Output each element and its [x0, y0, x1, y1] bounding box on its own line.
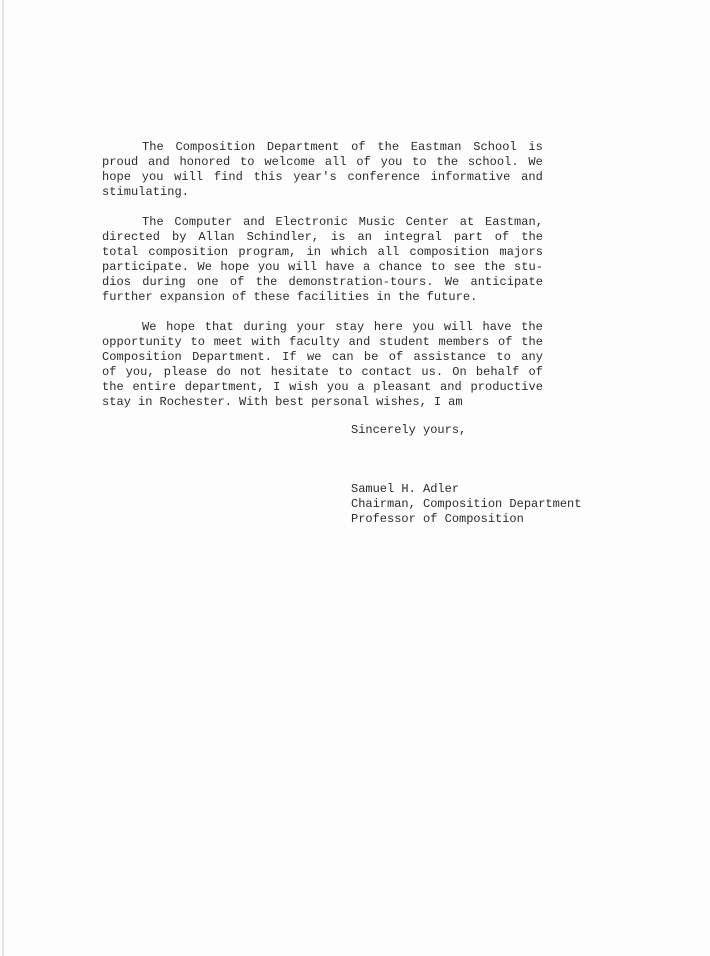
word: will	[288, 260, 317, 275]
word: year's	[293, 170, 337, 185]
word: We	[142, 320, 157, 335]
word: a	[363, 260, 370, 275]
word: contact	[362, 365, 413, 380]
word: the	[377, 140, 399, 155]
word: facilities	[297, 290, 370, 305]
word: with	[251, 335, 280, 350]
word: and	[243, 215, 265, 230]
word: that	[205, 320, 234, 335]
word: of	[356, 155, 371, 170]
word: to	[240, 155, 255, 170]
text-line: CompositionDepartment.Ifwecanbeofassista…	[102, 350, 543, 365]
word: School	[473, 140, 517, 155]
word: to	[496, 350, 511, 365]
letter-body: TheCompositionDepartmentoftheEastmanScho…	[102, 140, 543, 425]
word: during	[142, 275, 186, 290]
word: If	[282, 350, 297, 365]
complimentary-close: Sincerely yours,	[351, 423, 466, 438]
word: productive	[470, 380, 543, 395]
word: I	[273, 380, 280, 395]
word: is	[528, 140, 543, 155]
word: by	[172, 230, 187, 245]
word: future.	[427, 290, 478, 305]
word: informative	[431, 170, 511, 185]
word: is	[331, 230, 346, 245]
word: With	[239, 395, 268, 410]
word: meet	[214, 335, 243, 350]
word: Computer	[174, 215, 232, 230]
word: members	[439, 335, 490, 350]
word: participate.	[102, 260, 189, 275]
word: to	[431, 260, 446, 275]
text-line: totalcompositionprogram,inwhichallcompos…	[102, 245, 543, 260]
word: pleasant	[373, 380, 431, 395]
word: dios	[102, 275, 131, 290]
word: of	[232, 290, 247, 305]
word: you	[327, 380, 349, 395]
word: at	[460, 215, 475, 230]
word: Electronic	[276, 215, 349, 230]
word: of	[495, 230, 510, 245]
word: of	[528, 365, 543, 380]
word: directed	[102, 230, 160, 245]
word: of	[498, 335, 513, 350]
word: student	[379, 335, 430, 350]
word: honored	[180, 155, 231, 170]
text-line: ofyou,pleasedonothesitatetocontactus.Onb…	[102, 365, 543, 380]
word: Department	[267, 140, 340, 155]
word: of	[102, 365, 117, 380]
word: this	[254, 170, 283, 185]
word: conference	[347, 170, 420, 185]
signer-name: Samuel H. Adler	[351, 482, 581, 497]
word: Allan	[198, 230, 234, 245]
word: program,	[238, 245, 296, 260]
word: wishes,	[376, 395, 427, 410]
word: Composition	[175, 140, 255, 155]
word: proud	[102, 155, 138, 170]
word: entire	[132, 380, 176, 395]
word: will	[174, 170, 203, 185]
word: you	[412, 320, 434, 335]
word: of	[351, 140, 366, 155]
signature-block: Samuel H. Adler Chairman, Composition De…	[351, 482, 581, 527]
word: integral	[384, 230, 442, 245]
word: the	[398, 290, 420, 305]
text-line: proudandhonoredtowelcomeallofyoutothesch…	[102, 155, 543, 170]
word: please	[164, 365, 208, 380]
word: further	[102, 290, 153, 305]
word: an	[357, 230, 372, 245]
word: Composition	[102, 350, 182, 365]
word: I	[434, 395, 441, 410]
word: which	[331, 245, 367, 260]
word: Music	[359, 215, 395, 230]
word: stay	[102, 395, 131, 410]
word: your	[297, 320, 326, 335]
word: to	[412, 155, 427, 170]
word: a	[357, 380, 364, 395]
word: composition	[148, 245, 228, 260]
word: us.	[421, 365, 443, 380]
word: have	[483, 320, 512, 335]
word: anticipate	[470, 275, 543, 290]
word: and	[521, 170, 543, 185]
word: can	[332, 350, 354, 365]
word: The	[142, 140, 164, 155]
text-line: stimulating.	[102, 185, 543, 200]
text-line: furtherexpansionofthesefacilitiesinthefu…	[102, 290, 543, 305]
paragraph-music-center: TheComputerandElectronicMusicCenteratEas…	[102, 215, 543, 305]
word: in	[376, 290, 391, 305]
word: the	[521, 230, 543, 245]
word: assistance	[414, 350, 487, 365]
word: We	[528, 155, 543, 170]
word: faculty	[289, 335, 340, 350]
word: these	[254, 290, 290, 305]
word: school.	[468, 155, 519, 170]
word: here	[374, 320, 403, 335]
word: am	[448, 395, 463, 410]
text-line: directedbyAllanSchindler,isanintegralpar…	[102, 230, 543, 245]
word: will	[444, 320, 473, 335]
word: chance	[379, 260, 423, 275]
word: have	[326, 260, 355, 275]
word: wish	[289, 380, 318, 395]
word: to	[338, 365, 353, 380]
word: Schindler,	[247, 230, 320, 245]
text-line: theentiredepartment,Iwishyouapleasantand…	[102, 380, 543, 395]
word: The	[142, 215, 164, 230]
word: the	[102, 380, 124, 395]
word: we	[307, 350, 322, 365]
word: Eastman	[411, 140, 462, 155]
word: welcome	[264, 155, 315, 170]
word: hope	[102, 170, 131, 185]
word: personal	[311, 395, 369, 410]
text-line: hopeyouwillfindthisyear'sconferenceinfor…	[102, 170, 543, 185]
word: Rochester.	[160, 395, 233, 410]
word: all	[325, 155, 347, 170]
word: hope	[166, 320, 195, 335]
word: the	[484, 260, 506, 275]
word: majors	[499, 245, 543, 260]
word: best	[275, 395, 304, 410]
word: the	[521, 335, 543, 350]
word: the	[436, 155, 458, 170]
text-line: diosduringoneofthedemonstration-tours.We…	[102, 275, 543, 290]
signer-title-professor: Professor of Composition	[351, 512, 581, 527]
text-line: participate.Wehopeyouwillhaveachancetose…	[102, 260, 543, 275]
page-edge	[2, 0, 4, 956]
word: you	[142, 170, 164, 185]
word: opportunity	[102, 335, 182, 350]
word: of	[389, 350, 404, 365]
word: behalf	[476, 365, 520, 380]
closing-text: Sincerely yours,	[351, 423, 466, 438]
word: see	[454, 260, 476, 275]
word: department,	[185, 380, 265, 395]
signer-title-chairman: Chairman, Composition Department	[351, 497, 581, 512]
word: hesitate	[271, 365, 329, 380]
word: part	[454, 230, 483, 245]
word: in	[307, 245, 322, 260]
word: Department.	[192, 350, 272, 365]
word: not	[240, 365, 262, 380]
word: the	[521, 320, 543, 335]
word: On	[452, 365, 467, 380]
word: stu-	[514, 260, 543, 275]
word: total	[102, 245, 138, 260]
word: of	[230, 275, 245, 290]
word: you,	[126, 365, 155, 380]
word: and	[148, 155, 170, 170]
word: find	[214, 170, 243, 185]
word: all	[378, 245, 400, 260]
paragraph-welcome: TheCompositionDepartmentoftheEastmanScho…	[102, 140, 543, 200]
word: you	[381, 155, 403, 170]
word: composition	[410, 245, 490, 260]
word: Center	[406, 215, 450, 230]
text-line: TheCompositionDepartmentoftheEastmanScho…	[102, 140, 543, 155]
text-line: opportunitytomeetwithfacultyandstudentme…	[102, 335, 543, 350]
text-line: Wehopethatduringyourstayhereyouwillhavet…	[102, 320, 543, 335]
word: hope	[220, 260, 249, 275]
word: Eastman,	[485, 215, 543, 230]
word: stay	[335, 320, 364, 335]
word: during	[243, 320, 287, 335]
paragraph-closing-remarks: Wehopethatduringyourstayhereyouwillhavet…	[102, 320, 543, 410]
word: in	[138, 395, 153, 410]
word: you	[258, 260, 280, 275]
word: any	[521, 350, 543, 365]
word: to	[190, 335, 205, 350]
word: expansion	[160, 290, 225, 305]
text-line: stayinRochester.Withbestpersonalwishes,I…	[102, 395, 543, 410]
word: be	[364, 350, 379, 365]
word: demonstration-tours.	[289, 275, 434, 290]
word: and	[440, 380, 462, 395]
word: one	[197, 275, 219, 290]
word: We	[197, 260, 212, 275]
word: stimulating.	[102, 185, 189, 200]
word: the	[256, 275, 278, 290]
word: and	[349, 335, 371, 350]
text-line: TheComputerandElectronicMusicCenteratEas…	[102, 215, 543, 230]
word: We	[445, 275, 460, 290]
word: do	[216, 365, 231, 380]
